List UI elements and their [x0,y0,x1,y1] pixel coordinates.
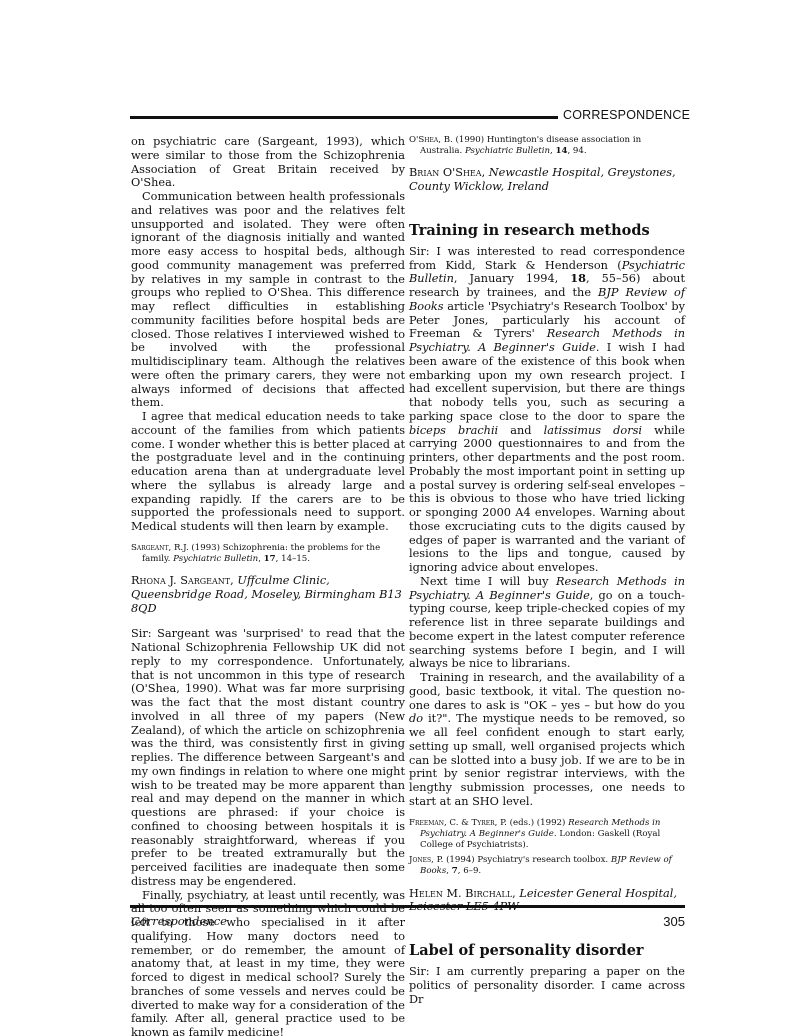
reference-jones: Jones, P. (1994) Psychiatry's research t… [409,855,685,877]
reference-sargeant: Sargeant, R.J. (1993) Schizophrenia: the… [131,543,405,565]
signature-oshea: Brian O'Shea, Newcastle Hospital, Greyst… [409,166,685,194]
section-heading-personality: Label of personality disorder [409,942,685,960]
signature-birchall: Helen M. Birchall, Leicester General Hos… [409,887,685,915]
running-head: CORRESPONDENCE [563,108,690,122]
paragraph: Communication between health professiona… [131,190,405,410]
paragraph: Sir: I am currently preparing a paper on… [409,965,685,1006]
reference-freeman: Freeman, C. & Tyrer, P. (eds.) (1992) Re… [409,818,685,852]
footer-section-name: Correspondence [131,914,227,928]
paragraph: Next time I will buy Research Methods in… [409,575,685,671]
paragraph: on psychiatric care (Sargeant, 1993), wh… [131,135,405,190]
paragraph: I agree that medical education needs to … [131,410,405,534]
page-number: 305 [650,914,685,929]
paragraph: Sir: I was interested to read correspond… [409,245,685,575]
paragraph: Training in research, and the availabili… [409,671,685,809]
right-column: O'Shea, B. (1990) Huntington's disease a… [409,135,685,1006]
header-rule [130,116,558,119]
signature-sargeant: Rhona J. Sargeant, Uffculme Clinic, Quee… [131,574,405,615]
reference-oshea: O'Shea, B. (1990) Huntington's disease a… [409,135,685,157]
footer-rule [130,905,685,908]
journal-page: CORRESPONDENCE on psychiatric care (Sarg… [0,0,800,1036]
section-heading-training: Training in research methods [409,222,685,240]
paragraph: Sir: Sargeant was 'surprised' to read th… [131,627,405,888]
paragraph: Finally, psychiatry, at least until rece… [131,889,405,1036]
left-column: on psychiatric care (Sargeant, 1993), wh… [131,135,405,1036]
